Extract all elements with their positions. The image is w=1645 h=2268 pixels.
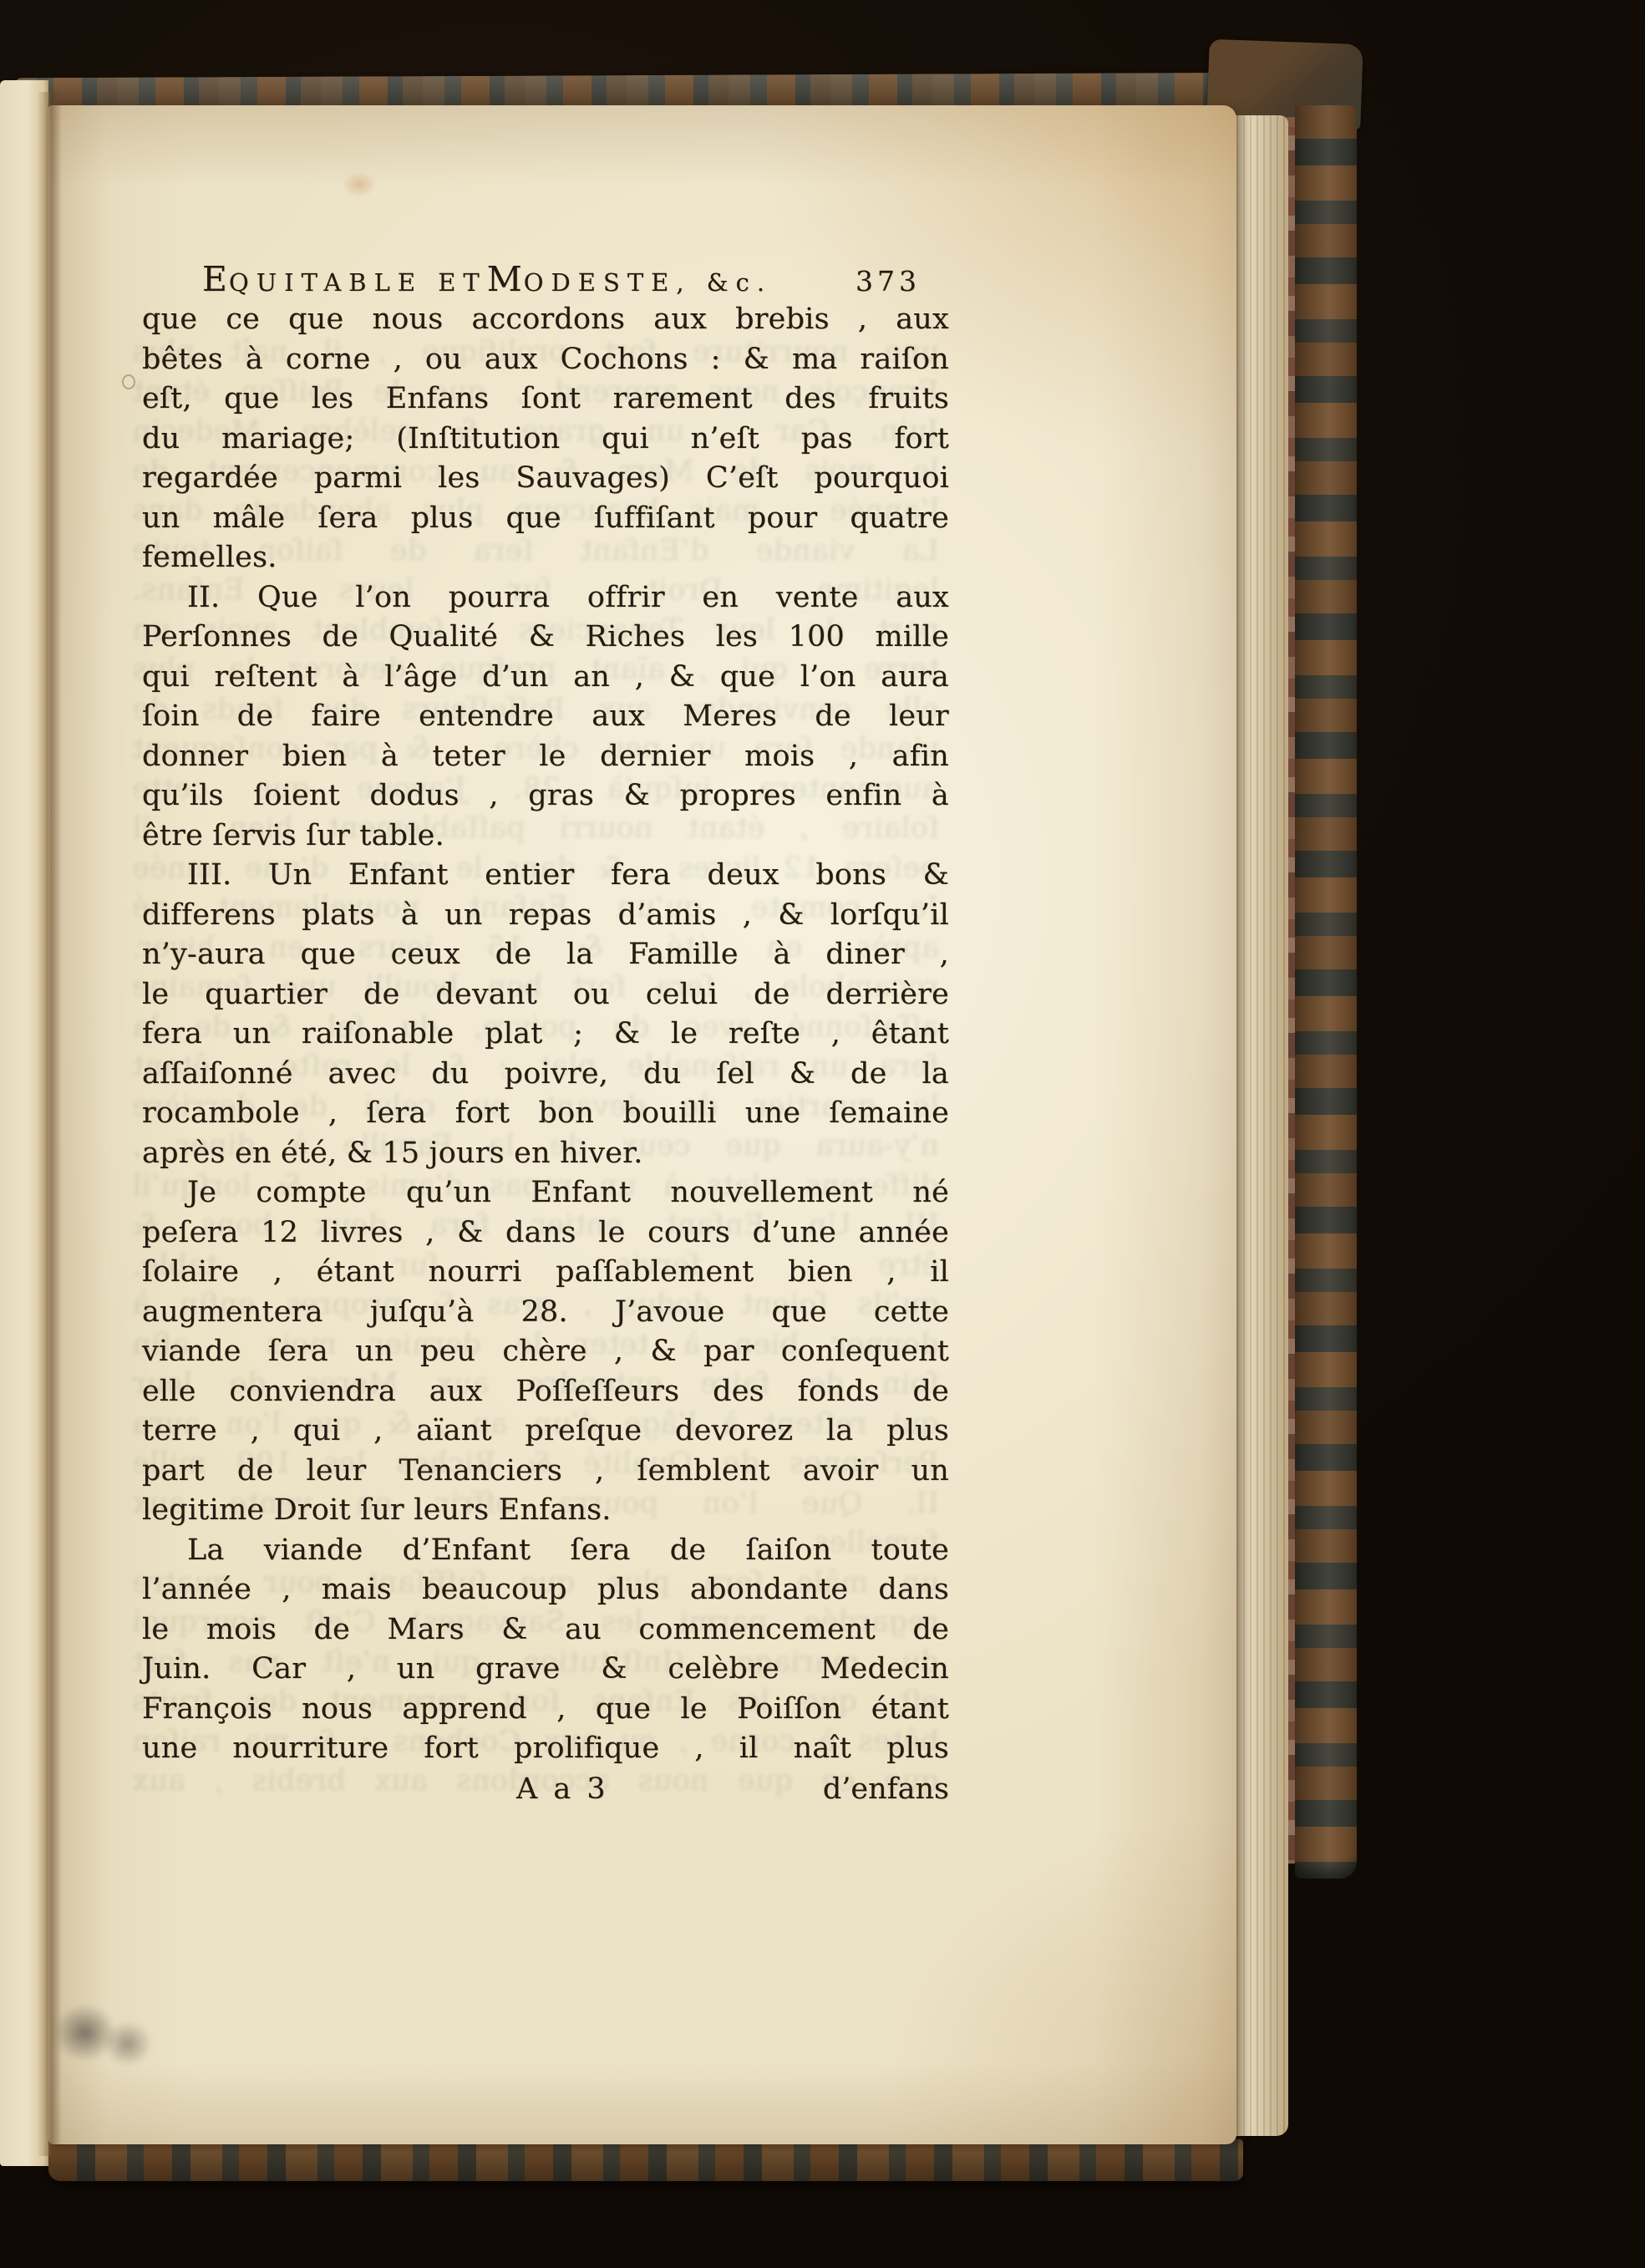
signature-line: A a 3 d’enfans [142, 1770, 949, 1812]
text-line: femelles. [142, 538, 949, 578]
text-line: differens plats à un repas d’amis , & lo… [142, 896, 949, 936]
photo-backdrop: { "page": { "header": { "initial1": "E",… [0, 0, 1645, 2268]
text-line: part de leur Tenanciers , ſemblent avoir… [142, 1452, 949, 1492]
text-line: le quartier de devant ou celui de derriè… [142, 975, 949, 1015]
text-line: Juin. Car , un grave & celèbre Medecin [142, 1650, 949, 1690]
text-line: ſoin de faire entendre aux Meres de leur [142, 697, 949, 737]
text-line: elle conviendra aux Poſſeſſeurs des fond… [142, 1372, 949, 1412]
page-number: 373 [856, 265, 949, 297]
text-line: terre , qui , aïant preſque devorez la p… [142, 1411, 949, 1452]
text-line: Perſonnes de Qualité & Riches les 100 mi… [142, 618, 949, 658]
text-line: peſera 12 livres , & dans le cours d’une… [142, 1213, 949, 1254]
text-line: après en été, & 15 jours en hiver. [142, 1134, 949, 1174]
text-line: fera un raiſonable plat ; & le reſte , ê… [142, 1014, 949, 1055]
text-line: qu’ils ſoient dodus , gras & propres enf… [142, 776, 949, 816]
text-line: legitime Droit ſur leurs Enfans. [142, 1491, 949, 1531]
text-line: Je compte qu’un Enfant nouvellement né [142, 1173, 949, 1213]
text-line: eſt, que les Enfans ſont rarement des fr… [142, 379, 949, 420]
text-line: du mariage; (Inſtitution qui n’eſt pas f… [142, 420, 949, 460]
text-line: aſſaiſonné avec du poivre, du ſel & de l… [142, 1055, 949, 1095]
text-line: viande ſera un peu chère , & par conſequ… [142, 1332, 949, 1372]
page-stack-edges [1230, 115, 1288, 2136]
text-line: donner bien à teter le dernier mois , af… [142, 737, 949, 777]
catchword: d’enfans [823, 1770, 949, 1810]
text-line: ſolaire , étant nourri paſſablement bien… [142, 1253, 949, 1293]
text-line: III. Un Enfant entier fera deux bons & [142, 856, 949, 896]
text-line: rocambole , ſera fort bon bouilli une ſe… [142, 1094, 949, 1134]
text-line: un mâle ſera plus que ſuffiſant pour qua… [142, 499, 949, 539]
text-line: que ce que nous accordons aux brebis , a… [142, 300, 949, 340]
signature-mark: A a 3 [516, 1770, 609, 1810]
gutter-crease [37, 92, 62, 2156]
foxing-spot [343, 172, 376, 197]
text-line: n’y-aura que ceux de la Famille à diner … [142, 935, 949, 975]
running-header: EQUITABLE ET MODESTE, &c. 373 [142, 259, 949, 299]
body-text: que ce que nous accordons aux brebis , a… [142, 300, 949, 1769]
book-page: une nourriture fort prolifique , il naît… [48, 105, 1236, 2144]
text-line: une nourriture fort prolifique , il naît… [142, 1729, 949, 1769]
running-title-text-2: ODESTE, &c. [524, 268, 772, 297]
text-line: être ſervis ſur table. [142, 816, 949, 857]
text-line: regardée parmi les Sauvages) C’eſt pourq… [142, 459, 949, 499]
running-title-initial-2: M [487, 259, 524, 299]
running-title-text: QUITABLE ET [229, 268, 487, 297]
text-line: bêtes à corne , ou aux Cochons : & ma ra… [142, 340, 949, 380]
book-fore-edge-board [1295, 105, 1357, 1879]
text-line: La viande d’Enfant ſera de ſaiſon toute [142, 1531, 949, 1571]
text-line: le mois de Mars & au commencement de [142, 1610, 949, 1650]
ring-blemish [122, 374, 135, 389]
text-line: qui reſtent à l’âge d’un an , & que l’on… [142, 658, 949, 698]
text-line: l’année , mais beaucoup plus abondante d… [142, 1570, 949, 1610]
text-line: François nous apprend , que le Poiſſon é… [142, 1690, 949, 1730]
text-line: II. Que l’on pourra offrir en vente aux [142, 578, 949, 618]
text-line: augmentera juſqu’à 28. J’avoue que cette [142, 1293, 949, 1333]
running-title-initial: E [202, 259, 229, 299]
book-bottom-edge [48, 2139, 1243, 2181]
